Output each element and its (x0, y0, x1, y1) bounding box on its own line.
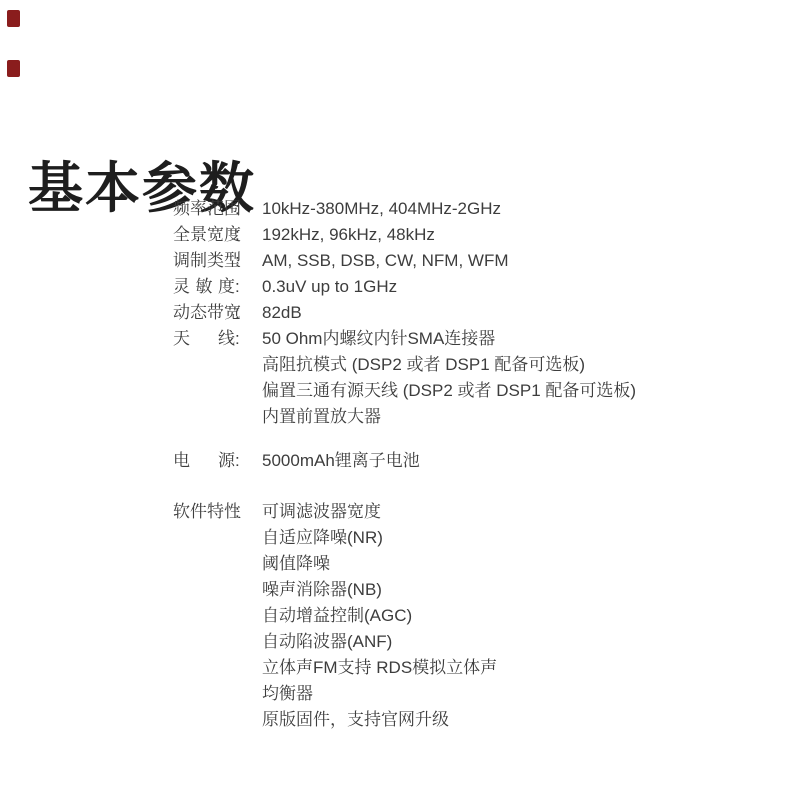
spec-value-line: 10kHz-380MHz, 404MHz-2GHz (262, 196, 773, 222)
spec-value-line: AM, SSB, DSB, CW, NFM, WFM (262, 248, 773, 274)
spec-value-line: 原版固件，支持官网升级 (262, 707, 773, 733)
spec-values: 82dB (262, 300, 773, 326)
spec-label: 天线 (173, 326, 235, 352)
spec-value-line: 82dB (262, 300, 773, 326)
spec-label: 灵敏度 (173, 274, 235, 300)
spec-row: 调制类型:AM, SSB, DSB, CW, NFM, WFM (173, 248, 773, 274)
spec-value-line: 0.3uV up to 1GHz (262, 274, 773, 300)
spec-colon: : (235, 196, 243, 222)
spec-value-line: 高阻抗模式 (DSP2 或者 DSP1 配备可选板) (262, 352, 773, 378)
spec-value-line: 自动陷波器(ANF) (262, 629, 773, 655)
spec-value-line: 5000mAh锂离子电池 (262, 448, 773, 474)
spec-values: 可调滤波器宽度自适应降噪(NR)阈值降噪噪声消除器(NB)自动增益控制(AGC)… (262, 499, 773, 733)
spec-row: 全景宽度:192kHz, 96kHz, 48kHz (173, 222, 773, 248)
spec-row: 灵敏度:0.3uV up to 1GHz (173, 274, 773, 300)
spec-value-line: 阈值降噪 (262, 551, 773, 577)
spec-values: 5000mAh锂离子电池 (262, 448, 773, 474)
spec-label: 动态带宽 (173, 300, 235, 326)
spec-sheet: 频率范围:10kHz-380MHz, 404MHz-2GHz全景宽度:192kH… (173, 196, 773, 733)
spec-row: 电源:5000mAh锂离子电池 (173, 448, 773, 474)
spec-label: 电源 (173, 448, 235, 474)
spec-colon: : (235, 448, 243, 474)
spec-label: 软件特性 (173, 499, 235, 525)
spec-label: 全景宽度 (173, 222, 235, 248)
spec-value-line: 偏置三通有源天线 (DSP2 或者 DSP1 配备可选板) (262, 378, 773, 404)
spec-colon: : (235, 222, 243, 248)
spec-values: 0.3uV up to 1GHz (262, 274, 773, 300)
spec-value-line: 内置前置放大器 (262, 404, 773, 430)
spec-value-line: 192kHz, 96kHz, 48kHz (262, 222, 773, 248)
spec-value-line: 立体声FM支持 RDS模拟立体声 (262, 655, 773, 681)
red-square-artifact-icon (7, 60, 20, 77)
spec-value-line: 自适应降噪(NR) (262, 525, 773, 551)
spec-colon: : (235, 274, 243, 300)
spec-row: 动态带宽:82dB (173, 300, 773, 326)
spec-value-line: 自动增益控制(AGC) (262, 603, 773, 629)
spec-value-line: 噪声消除器(NB) (262, 577, 773, 603)
spec-values: 192kHz, 96kHz, 48kHz (262, 222, 773, 248)
red-square-artifact-icon (7, 10, 20, 27)
spec-colon: : (235, 300, 243, 326)
spec-colon: : (235, 326, 243, 352)
spec-values: AM, SSB, DSB, CW, NFM, WFM (262, 248, 773, 274)
spec-row: 天线:50 Ohm内螺纹内针SMA连接器高阻抗模式 (DSP2 或者 DSP1 … (173, 326, 773, 430)
spec-value-line: 可调滤波器宽度 (262, 499, 773, 525)
spec-colon: : (235, 499, 243, 525)
spec-colon: : (235, 248, 243, 274)
spec-label: 频率范围 (173, 196, 235, 222)
spec-label: 调制类型 (173, 248, 235, 274)
spec-row: 软件特性:可调滤波器宽度自适应降噪(NR)阈值降噪噪声消除器(NB)自动增益控制… (173, 499, 773, 733)
spec-values: 10kHz-380MHz, 404MHz-2GHz (262, 196, 773, 222)
spec-row: 频率范围:10kHz-380MHz, 404MHz-2GHz (173, 196, 773, 222)
spec-value-line: 50 Ohm内螺纹内针SMA连接器 (262, 326, 773, 352)
spec-value-line: 均衡器 (262, 681, 773, 707)
spec-values: 50 Ohm内螺纹内针SMA连接器高阻抗模式 (DSP2 或者 DSP1 配备可… (262, 326, 773, 430)
